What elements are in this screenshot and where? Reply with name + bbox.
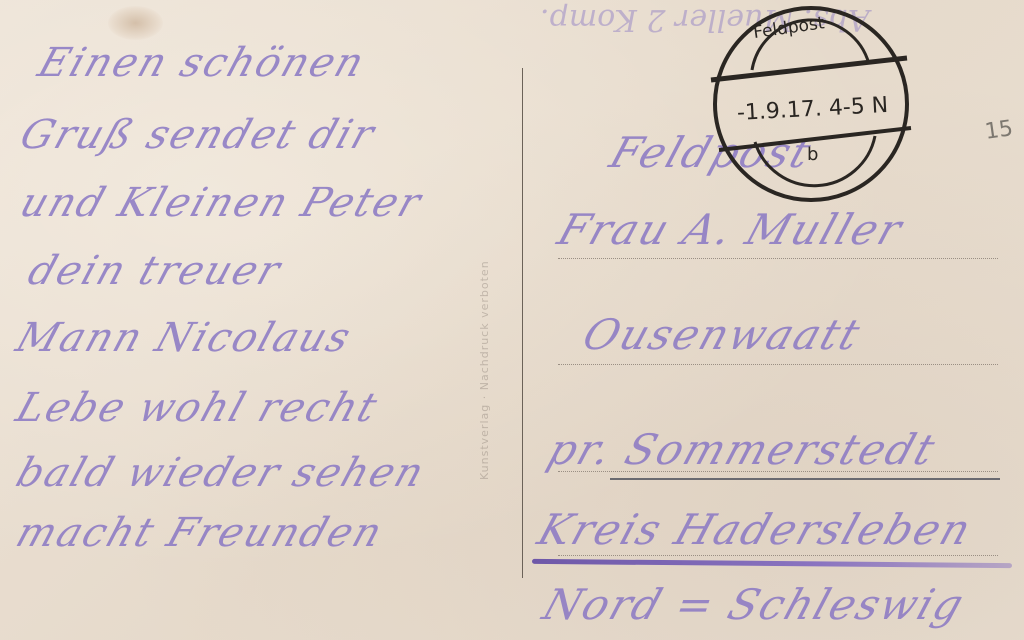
message-line-8: macht Freunden — [11, 510, 390, 556]
message-line-2: Gruß sendet dir — [15, 112, 382, 158]
address-town: Ousenwaatt — [577, 310, 868, 359]
message-line-4: dein treuer — [23, 248, 288, 294]
address-post-office: pr. Sommerstedt — [542, 425, 943, 474]
address-recipient: Frau A. Muller — [552, 205, 909, 254]
ink-underline-stroke — [532, 559, 1012, 568]
feldpost-postmark: Feldpost -1.9.17. 4-5 N b — [707, 2, 913, 202]
address-dotted-line-4 — [558, 555, 998, 556]
message-line-6: Lebe wohl recht — [11, 385, 385, 431]
address-district: Kreis Hadersleben — [532, 505, 979, 554]
publisher-imprint: Kunstverlag · Nachdruck verboten — [478, 110, 491, 480]
message-line-7: bald wieder sehen — [11, 450, 432, 496]
postmark-bottom-letter: b — [807, 144, 818, 165]
postmark-top-text: Feldpost — [752, 13, 826, 43]
address-dotted-line-1 — [558, 258, 998, 259]
center-divider — [522, 68, 523, 578]
address-dotted-line-2 — [558, 364, 998, 365]
message-line-1: Einen schönen — [33, 40, 372, 86]
postmark-date: -1.9.17. 4-5 N — [736, 93, 888, 126]
postcard-back: Abs. Mueller 2 Komp. Einen schönen Gruß … — [0, 0, 1024, 640]
pencil-underline — [610, 478, 1000, 480]
message-line-5: Mann Nicolaus — [11, 315, 358, 361]
address-region: Nord = Schleswig — [537, 580, 971, 629]
message-line-3: und Kleinen Peter — [15, 180, 429, 226]
paper-stain — [108, 6, 163, 40]
pencil-number: 15 — [983, 116, 1014, 145]
